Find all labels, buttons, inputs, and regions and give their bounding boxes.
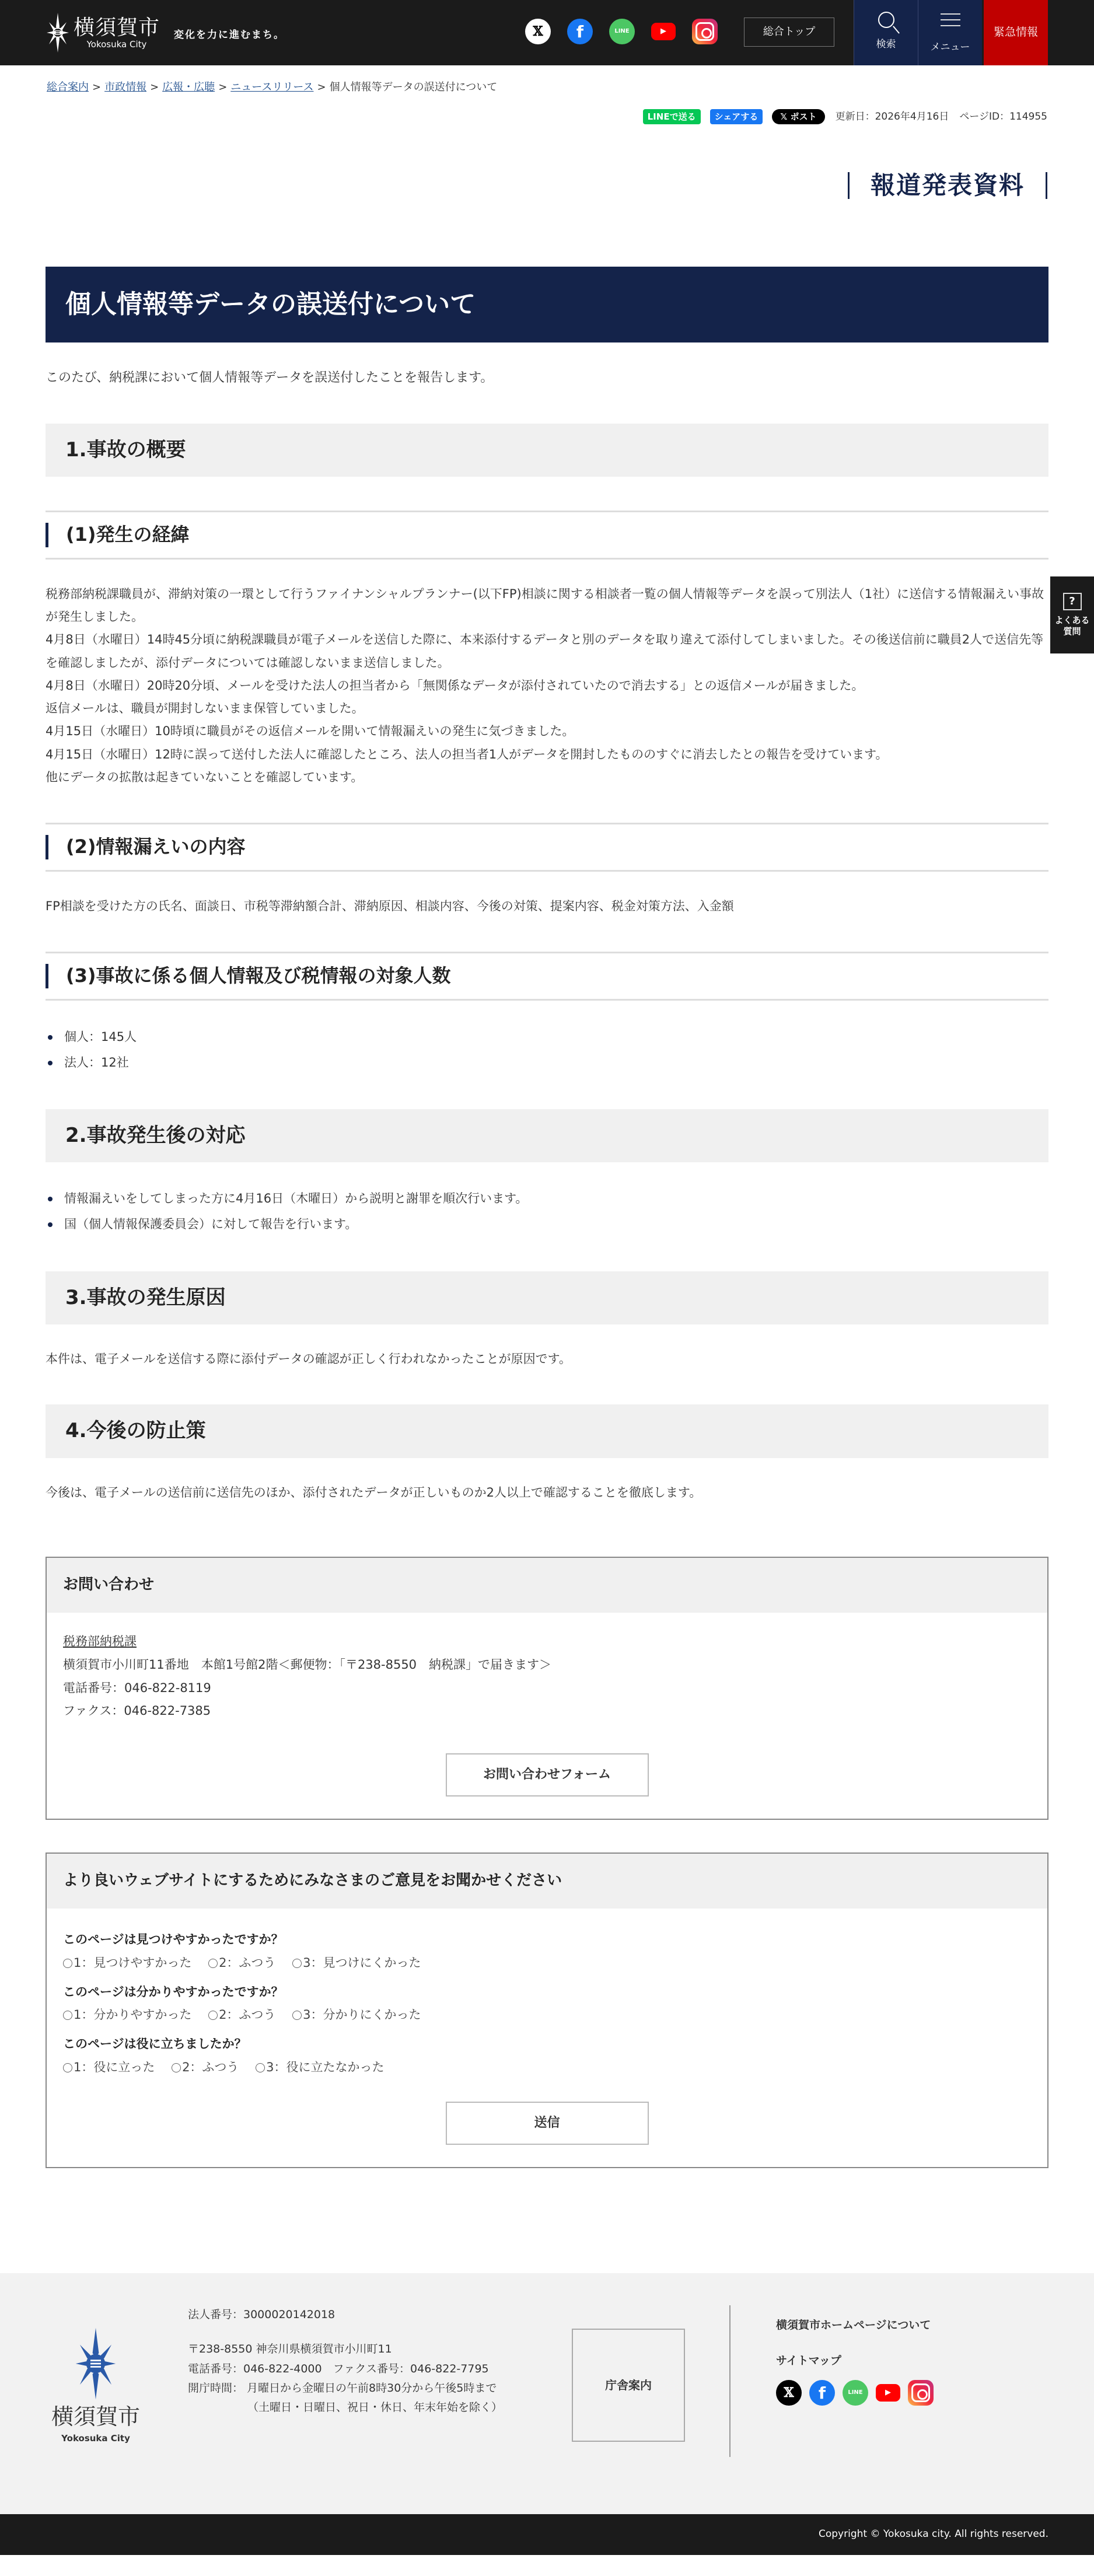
survey-radio-option[interactable]: 2：ふつう <box>208 2008 275 2022</box>
line-share-button[interactable]: LINEで送る <box>643 109 701 124</box>
radio-icon[interactable] <box>208 2011 218 2020</box>
survey-submit-button[interactable]: 送信 <box>446 2102 649 2145</box>
footer-links: 横須賀市ホームページについて サイトマップ <box>776 2302 931 2369</box>
survey-radio-option[interactable]: 3：見つけにくかった <box>292 1956 421 1970</box>
tagline: 変化を力に進むまち。 <box>174 27 285 44</box>
footer-info: 法人番号：3000020142018 〒238-8550 神奈川県横須賀市小川町… <box>188 2305 502 2417</box>
city-emblem-icon <box>46 12 70 54</box>
x-icon: 𝕏 <box>780 109 790 124</box>
response-list: 情報漏えいをしてしまった方に4月16日（木曜日）から説明と謝罪を順次行います。 … <box>46 1186 1048 1237</box>
facebook-icon[interactable]: f <box>809 2380 835 2406</box>
survey-question: このページは役に立ちましたか？ <box>63 2033 1031 2056</box>
breadcrumb-current: 個人情報等データの誤送付について <box>330 81 498 93</box>
x-post-label: ポスト <box>791 109 817 124</box>
option-label: 3：分かりにくかった <box>303 2008 421 2022</box>
option-label: 3：役に立たなかった <box>266 2060 384 2074</box>
breadcrumb-separator: > <box>317 81 326 93</box>
breadcrumb-link-news-release[interactable]: ニュースリリース <box>230 81 313 93</box>
faq-label-line2: 質問 <box>1063 626 1081 638</box>
breadcrumb-separator: > <box>218 81 227 93</box>
x-post-button[interactable]: 𝕏 ポスト <box>772 109 824 124</box>
contact-address: 横須賀市小川町11番地 本館1号館2階＜郵便物：「〒238-8550 納税課」で… <box>63 1654 1031 1677</box>
page-title: 個人情報等データの誤送付について <box>46 267 1048 342</box>
survey-radio-option[interactable]: 3：役に立たなかった <box>256 2060 384 2074</box>
breadcrumb: 総合案内>市政情報>広報・広聴>ニュースリリース>個人情報等データの誤送付につい… <box>47 78 1094 97</box>
timeline-line: 他にデータの拡散は起きていないことを確認しています。 <box>46 766 1048 789</box>
option-label: 1：分かりやすかった <box>74 2008 191 2022</box>
survey-radio-option[interactable]: 2：ふつう <box>208 1956 275 1970</box>
footer-sns-links: 𝕏 f LINE ▶ <box>776 2380 934 2406</box>
subsection-heading-background: (1)発生の経緯 <box>46 523 1048 547</box>
survey-radio-option[interactable]: 1：役に立った <box>63 2060 155 2074</box>
contact-heading: お問い合わせ <box>47 1558 1047 1613</box>
subsection-heading-wrap: (2)情報漏えいの内容 <box>46 823 1048 872</box>
footer-logo-subtitle: Yokosuka City <box>61 2431 130 2446</box>
press-release-label-text: 報道発表資料 <box>848 172 1047 199</box>
youtube-icon[interactable]: ▶ <box>651 23 676 40</box>
office-hours: 開庁時間： 月曜日から金曜日の午前8時30分から午後5時まで <box>188 2379 502 2398</box>
radio-icon[interactable] <box>63 2011 72 2020</box>
footer-phone-fax: 電話番号：046-822-4000 ファクス番号：046-822-7795 <box>188 2360 502 2379</box>
logo-title: 横須賀市 <box>74 16 160 40</box>
feedback-survey: より良いウェブサイトにするためにみなさまのご意見をお聞かせください このページは… <box>46 1853 1048 2168</box>
office-hours-note: （土曜日・日曜日、祝日・休日、年末年始を除く） <box>188 2398 502 2417</box>
contact-fax: ファクス：046-822-7385 <box>63 1700 1031 1723</box>
contact-phone: 電話番号：046-822-8119 <box>63 1677 1031 1700</box>
timeline-line: 4月15日（水曜日）10時頃に職員がその返信メールを開いて情報漏えいの発生に気づ… <box>46 720 1048 743</box>
radio-icon[interactable] <box>256 2063 265 2072</box>
option-label: 3：見つけにくかった <box>303 1956 421 1970</box>
timeline-line: 返信メールは、職員が開封しないまま保管していました。 <box>46 697 1048 720</box>
subsection-heading-leak-content: (2)情報漏えいの内容 <box>46 835 1048 859</box>
radio-icon[interactable] <box>292 2011 302 2020</box>
list-item: 情報漏えいをしてしまった方に4月16日（木曜日）から説明と謝罪を順次行います。 <box>46 1186 1048 1211</box>
contact-form-button[interactable]: お問い合わせフォーム <box>446 1753 649 1796</box>
site-header: 横須賀市 Yokosuka City 変化を力に進むまち。 𝕏 f LINE ▶… <box>0 0 1094 65</box>
site-logo[interactable]: 横須賀市 Yokosuka City 変化を力に進むまち。 <box>46 12 285 54</box>
top-page-button[interactable]: 総合トップ <box>744 18 834 47</box>
survey-question: このページは分かりやすかったですか？ <box>63 1981 1031 2004</box>
affected-count-list: 個人：145人 法人：12社 <box>46 1024 1048 1075</box>
radio-icon[interactable] <box>63 2063 72 2072</box>
line-icon[interactable]: LINE <box>843 2380 868 2406</box>
line-icon[interactable]: LINE <box>609 19 635 44</box>
breadcrumb-separator: > <box>92 81 101 93</box>
option-label: 2：ふつう <box>219 2008 275 2022</box>
survey-radio-option[interactable]: 1：分かりやすかった <box>63 2008 191 2022</box>
list-item: 法人：12社 <box>46 1050 1048 1075</box>
survey-radio-option[interactable]: 2：ふつう <box>172 2060 239 2074</box>
footer-logo[interactable]: 横須賀市 Yokosuka City <box>51 2326 140 2446</box>
instagram-icon[interactable] <box>908 2380 934 2406</box>
timeline-line: 4月15日（水曜日）12時に誤って送付した法人に確認したところ、法人の担当者1人… <box>46 743 1048 766</box>
subsection-heading-wrap: (1)発生の経緯 <box>46 511 1048 560</box>
page-id: ページID：114955 <box>959 111 1047 123</box>
breadcrumb-link-municipal-info[interactable]: 市政情報 <box>104 81 146 93</box>
faq-side-tab[interactable]: ? よくある 質問 <box>1050 576 1094 653</box>
corporate-number: 法人番号：3000020142018 <box>188 2305 502 2325</box>
option-label: 1：役に立った <box>74 2060 155 2074</box>
contact-dept-link[interactable]: 税務部納税課 <box>63 1634 137 1648</box>
facebook-share-label: シェアする <box>715 109 759 124</box>
section-heading-prevention: 4.今後の防止策 <box>46 1404 1048 1458</box>
x-icon[interactable]: 𝕏 <box>776 2380 802 2406</box>
radio-icon[interactable] <box>172 2063 181 2072</box>
survey-options: 1：見つけやすかった 2：ふつう 3：見つけにくかった <box>63 1952 1031 1975</box>
radio-icon[interactable] <box>208 1959 218 1968</box>
press-release-label: 報道発表資料 <box>0 172 1047 199</box>
search-icon <box>878 12 894 28</box>
footer-address: 〒238-8550 神奈川県横須賀市小川町11 <box>188 2340 502 2359</box>
survey-question: このページは見つけやすかったですか？ <box>63 1928 1031 1952</box>
option-label: 2：ふつう <box>182 2060 239 2074</box>
timeline-line: 4月8日（水曜日）14時45分頃に納税課職員が電子メールを送信した際に、本来添付… <box>46 628 1048 674</box>
intro-text: このたび、納税課において個人情報等データを誤送付したことを報告します。 <box>46 367 1048 390</box>
footer-link-about-site[interactable]: 横須賀市ホームページについて <box>776 2316 931 2334</box>
main-content: 個人情報等データの誤送付について このたび、納税課において個人情報等データを誤送… <box>46 267 1048 2168</box>
facebook-icon[interactable]: f <box>567 19 593 44</box>
radio-icon[interactable] <box>292 1959 302 1968</box>
logo-subtitle: Yokosuka City <box>87 40 147 50</box>
breadcrumb-link-overview[interactable]: 総合案内 <box>47 81 89 93</box>
search-label: 検索 <box>876 36 896 54</box>
survey-radio-option[interactable]: 3：分かりにくかった <box>292 2008 421 2022</box>
footer-link-sitemap[interactable]: サイトマップ <box>776 2352 931 2369</box>
facebook-share-button[interactable]: シェアする <box>710 109 763 124</box>
share-meta-row: LINEで送る シェアする 𝕏 ポスト 更新日：2026年4月16日ページID：… <box>0 109 1047 126</box>
emergency-info-button[interactable]: 緊急情報 <box>984 0 1048 65</box>
survey-radio-option[interactable]: 1：見つけやすかった <box>63 1956 191 1970</box>
footer-logo-title: 横須賀市 <box>51 2404 140 2431</box>
survey-heading: より良いウェブサイトにするためにみなさまのご意見をお聞かせください <box>47 1854 1047 1909</box>
contact-box: お問い合わせ 税務部納税課 横須賀市小川町11番地 本館1号館2階＜郵便物：「〒… <box>46 1557 1048 1820</box>
option-label: 1：見つけやすかった <box>74 1956 191 1970</box>
survey-options: 1：分かりやすかった 2：ふつう 3：分かりにくかった <box>63 2004 1031 2027</box>
updated-date: 更新日：2026年4月16日 <box>836 111 949 123</box>
faq-label-line1: よくある <box>1054 615 1089 627</box>
line-share-label: LINEで送る <box>648 109 696 124</box>
menu-label: メニュー <box>931 39 970 57</box>
cause-text: 本件は、電子メールを送信する際に添付データの確認が正しく行われなかったことが原因… <box>46 1348 1048 1371</box>
search-button[interactable]: 検索 <box>854 0 918 65</box>
section-heading-response: 2.事故発生後の対応 <box>46 1109 1048 1163</box>
header-sns-links: 𝕏 f LINE ▶ <box>525 19 718 44</box>
copyright-bar: Copyright © Yokosuka city. All rights re… <box>0 2514 1094 2555</box>
instagram-icon[interactable] <box>692 19 718 44</box>
leak-content-text: FP相談を受けた方の氏名、面談日、市税等滞納額合計、滞納原因、相談内容、今後の対… <box>46 895 1048 918</box>
list-item: 個人：145人 <box>46 1024 1048 1050</box>
emergency-label: 緊急情報 <box>994 23 1038 42</box>
question-bubble-icon: ? <box>1063 593 1082 610</box>
office-guide-button[interactable]: 庁舎案内 <box>572 2329 685 2442</box>
copyright-text: Copyright © Yokosuka city. All rights re… <box>819 2526 1048 2543</box>
breadcrumb-separator: > <box>150 81 159 93</box>
city-emblem-icon <box>69 2326 122 2402</box>
page-meta: 更新日：2026年4月16日ページID：114955 <box>836 109 1047 126</box>
hamburger-icon <box>941 9 960 31</box>
list-item: 国（個人情報保護委員会）に対して報告を行います。 <box>46 1211 1048 1237</box>
x-icon[interactable]: 𝕏 <box>525 19 551 44</box>
menu-button[interactable]: メニュー <box>918 0 982 65</box>
radio-icon[interactable] <box>63 1959 72 1968</box>
option-label: 2：ふつう <box>219 1956 275 1970</box>
section-heading-cause: 3.事故の発生原因 <box>46 1271 1048 1325</box>
timeline-line: 4月8日（水曜日）20時20分頃、メールを受けた法人の担当者から「無関係なデータ… <box>46 674 1048 697</box>
breadcrumb-link-public-relations[interactable]: 広報・広聴 <box>162 81 215 93</box>
timeline-line: 税務部納税課職員が、滞納対策の一環として行うファイナンシャルプランナー(以下FP… <box>46 583 1048 629</box>
incident-timeline: 税務部納税課職員が、滞納対策の一環として行うファイナンシャルプランナー(以下FP… <box>46 583 1048 789</box>
survey-options: 1：役に立った 2：ふつう 3：役に立たなかった <box>63 2056 1031 2079</box>
site-footer: 横須賀市 Yokosuka City 法人番号：3000020142018 〒2… <box>0 2273 1094 2514</box>
youtube-icon[interactable]: ▶ <box>876 2384 900 2402</box>
subsection-heading-affected-count: (3)事故に係る個人情報及び税情報の対象人数 <box>46 964 1048 988</box>
footer-divider <box>729 2305 731 2457</box>
section-heading-incident-overview: 1.事故の概要 <box>46 424 1048 477</box>
subsection-heading-wrap: (3)事故に係る個人情報及び税情報の対象人数 <box>46 952 1048 1001</box>
prevention-text: 今後は、電子メールの送信前に送信先のほか、添付されたデータが正しいものか2人以上… <box>46 1481 1048 1504</box>
